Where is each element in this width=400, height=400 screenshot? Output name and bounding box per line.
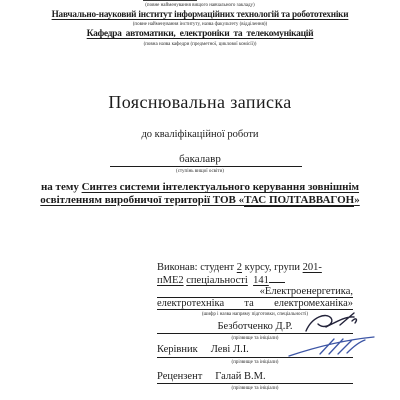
theme-prefix: на тему [41, 181, 79, 193]
blank-underline-segment [269, 274, 285, 283]
specialty-name-part1: «Електроенергетика, [260, 286, 353, 297]
reviewer-name-caption: (прізвище та ініціали) [157, 386, 353, 392]
specialty-name-part4: електромеханіка» [274, 298, 353, 309]
degree-value: бакалавр [0, 153, 400, 165]
reviewer-label: Рецензент [157, 371, 202, 383]
page-title: Пояснювальна записка [0, 92, 400, 113]
thesis-theme: на тему Синтез системи інтелектуального … [40, 181, 360, 206]
theme-line1: Синтез системи інтелектуального керуванн… [82, 181, 359, 193]
institute-name: Навчально-науковий інститут інформаційни… [0, 9, 400, 19]
institute-caption: (повне найменування інституту, назва фак… [0, 22, 400, 28]
group-number-part2: пМЕ2 [157, 275, 184, 286]
theme-company-name: ТАС ПОЛТАВВАГОН [244, 194, 354, 207]
specialty-code: 141 [253, 275, 269, 286]
specialty-label: спеціальності [186, 275, 248, 286]
document-page: (повне найменування вищого навчального з… [0, 0, 400, 400]
executor-name: Безботченко Д.Р. [218, 321, 293, 332]
page-subtitle: до кваліфікаційної роботи [0, 129, 400, 140]
theme-line2: освітленням виробничої території ТОВ « [40, 194, 244, 206]
executor-name-row: Безботченко Д.Р. [157, 320, 353, 334]
degree-caption: (ступінь вищої освіти) [0, 169, 400, 175]
course-number: 2 [237, 262, 242, 273]
top-cutoff-underline [143, 0, 197, 1]
specialty-name-line1: «Електроенергетика, [157, 286, 353, 298]
supervisor-label: Керівник [157, 344, 198, 355]
supervisor-name: Леві Л.І. [211, 344, 249, 355]
reviewer-name: Галай В.М. [215, 371, 265, 383]
specialty-caption: (шифр і назва напряму підготовки, спеціа… [157, 312, 353, 318]
executor-mid: курсу, групи [245, 262, 300, 273]
theme-closing-quote: » [354, 194, 360, 206]
degree-underline [110, 166, 302, 167]
executor-line2: пМЕ2 спеціальності 141 [157, 274, 353, 286]
department-caption: (повна назва кафедри (предметної, циклов… [0, 42, 400, 48]
group-number-part1: 201- [303, 262, 322, 273]
executor-line1: Виконав: студент 2 курсу, групи 201- [157, 262, 353, 274]
specialty-name-line2: електротехніка та електромеханіка» [157, 298, 353, 310]
specialty-name-part2: електротехніка [157, 298, 224, 309]
department-name: Кафедра автоматики, електроніки та телек… [0, 29, 400, 39]
executor-prefix: Виконав: студент [157, 262, 234, 273]
signatories-block: Безботченко Д.Р. (прізвище та ініціали) … [157, 320, 353, 392]
supervisor-row: КерівникЛеві Л.І. [157, 342, 353, 358]
executor-block: Виконав: студент 2 курсу, групи 201- пМЕ… [157, 262, 353, 318]
reviewer-row: РецензентГалай В.М. [157, 366, 353, 384]
specialty-name-part3: та [244, 298, 253, 309]
